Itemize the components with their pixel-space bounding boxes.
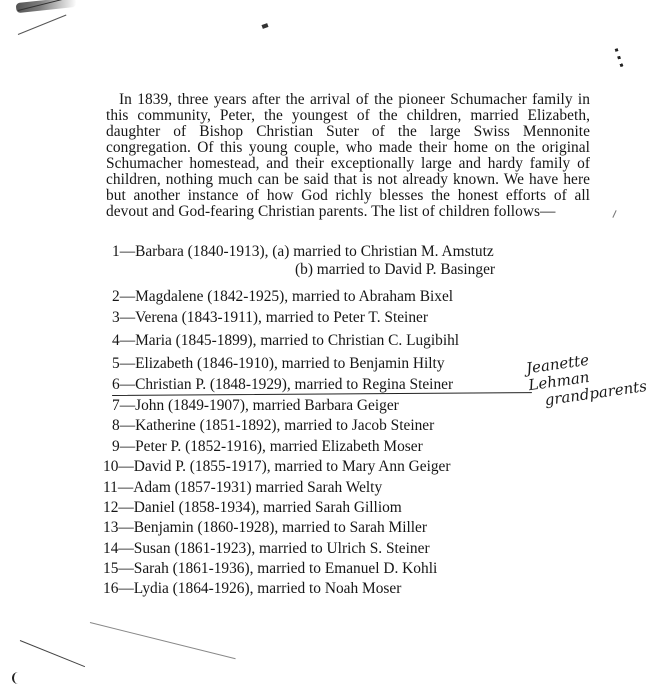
scan-artifact-line xyxy=(90,622,236,659)
child-entry: 1—Barbara (1840-1913), (a) married to Ch… xyxy=(112,243,495,279)
child-entry-text: 8—Katherine (1851-1892), married to Jaco… xyxy=(112,417,434,434)
scan-artifact-dots xyxy=(615,48,625,70)
child-entry-text: 4—Maria (1845-1899), married to Christia… xyxy=(112,332,459,349)
intro-paragraph: In 1839, three years after the arrival o… xyxy=(106,92,590,219)
child-entry: 10—David P. (1855-1917), married to Mary… xyxy=(103,458,451,476)
child-entry-text: 5—Elizabeth (1846-1910), married to Benj… xyxy=(112,355,445,372)
child-entry: 8—Katherine (1851-1892), married to Jaco… xyxy=(112,417,434,435)
child-entry: 11—Adam (1857-1931) married Sarah Welty xyxy=(103,479,382,497)
child-entry: 15—Sarah (1861-1936), married to Emanuel… xyxy=(103,560,437,578)
child-entry-text: 7—John (1849-1907), married Barbara Geig… xyxy=(112,397,399,414)
handwritten-note: Jeanette Lehman grandparents xyxy=(525,344,651,411)
child-entry-text: 3—Verena (1843-1911), married to Peter T… xyxy=(112,309,428,326)
child-entry: 4—Maria (1845-1899), married to Christia… xyxy=(112,332,459,350)
child-entry: 9—Peter P. (1852-1916), married Elizabet… xyxy=(112,438,423,456)
child-entry: 14—Susan (1861-1923), married to Ulrich … xyxy=(103,540,430,558)
scan-artifact-mark xyxy=(612,210,616,218)
child-entry-text: 6—Christian P. (1848-1929), married to R… xyxy=(112,376,453,393)
child-entry: 12—Daniel (1858-1934), married Sarah Gil… xyxy=(103,499,402,517)
intro-paragraph-text: In 1839, three years after the arrival o… xyxy=(106,91,590,219)
child-entry-text: 12—Daniel (1858-1934), married Sarah Gil… xyxy=(103,499,402,516)
child-entry-continuation: (b) married to David P. Basinger xyxy=(112,261,495,279)
child-entry-text: 15—Sarah (1861-1936), married to Emanuel… xyxy=(103,560,437,577)
child-entry-text: 13—Benjamin (1860-1928), married to Sara… xyxy=(103,519,427,536)
scan-artifact-mark xyxy=(261,23,268,29)
child-entry-text: 16—Lydia (1864-1926), married to Noah Mo… xyxy=(103,580,401,597)
child-entry-text: 14—Susan (1861-1923), married to Ulrich … xyxy=(103,540,430,557)
child-entry-text: 10—David P. (1855-1917), married to Mary… xyxy=(103,458,451,475)
child-entry: 7—John (1849-1907), married Barbara Geig… xyxy=(112,397,399,415)
child-entry: 2—Magdalene (1842-1925), married to Abra… xyxy=(112,288,453,306)
child-entry: 5—Elizabeth (1846-1910), married to Benj… xyxy=(112,355,445,373)
child-entry-text: 11—Adam (1857-1931) married Sarah Welty xyxy=(103,479,382,496)
scanned-page: In 1839, three years after the arrival o… xyxy=(0,0,656,685)
scan-artifact-line xyxy=(20,640,85,667)
child-entry: 16—Lydia (1864-1926), married to Noah Mo… xyxy=(103,580,401,598)
child-entry: 13—Benjamin (1860-1928), married to Sara… xyxy=(103,519,427,537)
child-entry-text: 1—Barbara (1840-1913), (a) married to Ch… xyxy=(112,243,494,260)
child-entry: 6—Christian P. (1848-1929), married to R… xyxy=(112,376,453,394)
child-entry-text: 9—Peter P. (1852-1916), married Elizabet… xyxy=(112,438,423,455)
scan-artifact-line xyxy=(18,15,67,35)
child-entry-text: 2—Magdalene (1842-1925), married to Abra… xyxy=(112,288,453,305)
scan-artifact-arc xyxy=(12,672,22,684)
child-entry: 3—Verena (1843-1911), married to Peter T… xyxy=(112,309,428,327)
